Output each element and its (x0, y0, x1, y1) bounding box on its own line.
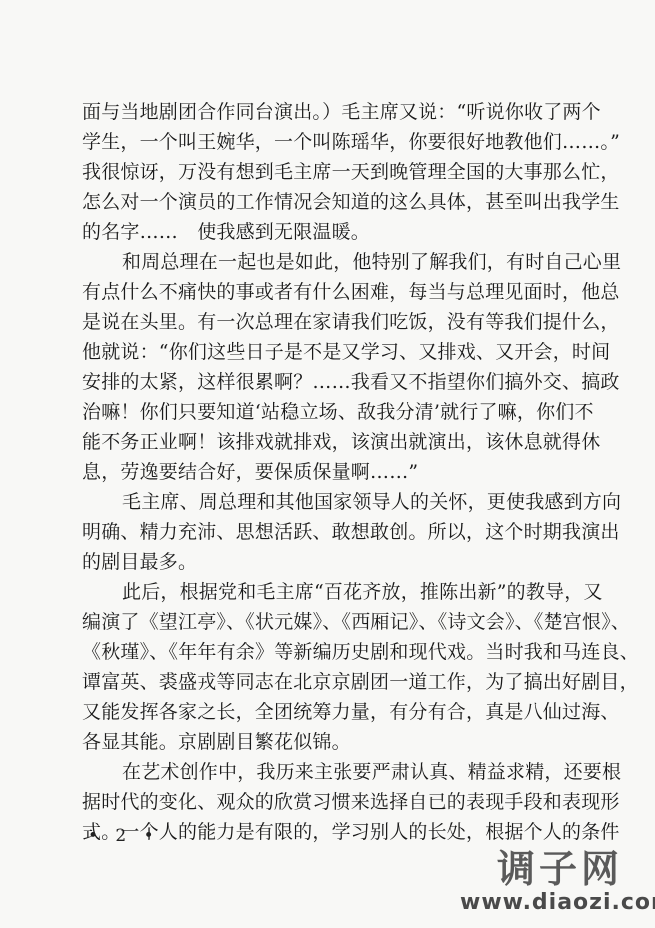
page-number: • 2 • (88, 826, 160, 846)
body-text: 面与当地剧团合作同台演出。）毛主席又说：“听说你收了两个学生，一个叫王婉华，一个… (82, 97, 570, 847)
paragraph: 面与当地剧团合作同台演出。）毛主席又说：“听说你收了两个学生，一个叫王婉华，一个… (82, 97, 570, 247)
watermark-url: www.diaozi.com (460, 890, 650, 916)
text-line: 在艺术创作中，我历来主张要严肃认真、精益求精，还要根 (82, 757, 570, 787)
text-line: 又能发挥各家之长，全团统筹力量，有分有合，真是八仙过海、 (82, 697, 570, 727)
paragraph: 毛主席、周总理和其他国家领导人的关怀，更使我感到方向明确、精力充沛、思想活跃、敢… (82, 487, 570, 577)
paragraph: 和周总理在一起也是如此，他特别了解我们，有时自己心里有点什么不痛快的事或者有什么… (82, 247, 570, 487)
text-line: 的剧目最多。 (82, 547, 570, 577)
text-line: 的名字…… 使我感到无限温暖。 (82, 217, 570, 247)
text-line: 各显其能。京剧剧目繁花似锦。 (82, 727, 570, 757)
text-line: 谭富英、裘盛戎等同志在北京京剧团一道工作，为了搞出好剧目， (82, 667, 570, 697)
text-line: 治嘛！你们只要知道‘站稳立场、敌我分清’就行了嘛，你们不 (82, 397, 570, 427)
scanned-page: 面与当地剧团合作同台演出。）毛主席又说：“听说你收了两个学生，一个叫王婉华，一个… (0, 0, 655, 928)
text-line: 《秋瑾》、《年年有余》等新编历史剧和现代戏。当时我和马连良、 (82, 637, 570, 667)
text-line: 据时代的变化、观众的欣赏习惯来选择自已的表现手段和表现形 (82, 787, 570, 817)
text-line: 安排的太紧，这样很累啊？……我看又不指望你们搞外交、搞政 (82, 367, 570, 397)
text-line: 此后，根据党和毛主席“百花齐放，推陈出新”的教导，又 (82, 577, 570, 607)
watermark-title: 调子网 (470, 848, 650, 890)
text-line: 我很惊讶，万没有想到毛主席一天到晚管理全国的大事那么忙， (82, 157, 570, 187)
text-line: 学生，一个叫王婉华，一个叫陈瑶华，你要很好地教他们……。” (82, 127, 570, 157)
text-line: 息，劳逸要结合好，要保质保量啊……” (82, 457, 570, 487)
watermark: 调子网 www.diaozi.com (470, 848, 650, 916)
text-line: 能不务正业啊！该排戏就排戏，该演出就演出，该休息就得休 (82, 427, 570, 457)
text-line: 编演了《望江亭》、《状元媒》、《西厢记》、《诗文会》、《楚宫恨》、 (82, 607, 570, 637)
text-line: 他就说：“你们这些日子是不是又学习、又排戏、又开会，时间 (82, 337, 570, 367)
text-line: 毛主席、周总理和其他国家领导人的关怀，更使我感到方向 (82, 487, 570, 517)
text-line: 面与当地剧团合作同台演出。）毛主席又说：“听说你收了两个 (82, 97, 570, 127)
text-line: 是说在头里。有一次总理在家请我们吃饭，没有等我们提什么， (82, 307, 570, 337)
text-line: 有点什么不痛快的事或者有什么困难，每当与总理见面时，他总 (82, 277, 570, 307)
text-line: 怎么对一个演员的工作情况会知道的这么具体，甚至叫出我学生 (82, 187, 570, 217)
text-line: 明确、精力充沛、思想活跃、敢想敢创。所以，这个时期我演出 (82, 517, 570, 547)
text-line: 和周总理在一起也是如此，他特别了解我们，有时自己心里 (82, 247, 570, 277)
paragraph: 此后，根据党和毛主席“百花齐放，推陈出新”的教导，又编演了《望江亭》、《状元媒》… (82, 577, 570, 757)
